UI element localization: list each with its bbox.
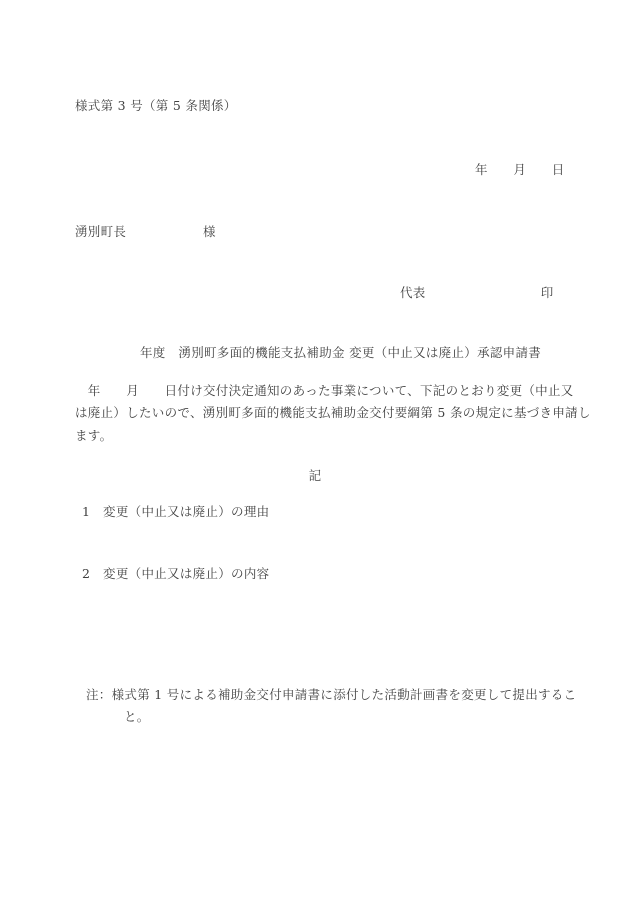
recipient-line: 湧別町長 様 — [75, 224, 216, 240]
record-marker: 記 — [0, 468, 630, 484]
document-title: 年度 湧別町多面的機能支払補助金 変更（中止又は廃止）承認申請書 — [140, 345, 541, 361]
representative-line: 代表 印 — [400, 285, 554, 301]
body-paragraph-line-3: ます。 — [75, 428, 112, 444]
document-page: 様式第 3 号（第 5 条関係） 年 月 日 湧別町長 様 代表 印 年度 湧別… — [0, 0, 630, 915]
date-line: 年 月 日 — [475, 162, 565, 178]
body-paragraph-line-2: は廃止）したいので、湧別町多面的機能支払補助金交付要綱第 5 条の規定に基づき申… — [75, 405, 591, 421]
form-number: 様式第 3 号（第 5 条関係） — [75, 98, 237, 114]
note-line-1: 注：様式第 1 号による補助金交付申請書に添付した活動計画書を変更して提出するこ — [86, 687, 576, 703]
item-2-heading: 2 変更（中止又は廃止）の内容 — [82, 566, 269, 582]
body-paragraph-line-1: 年 月 日付け交付決定通知のあった事業について、下記のとおり変更（中止又 — [75, 383, 574, 399]
note-line-2: と。 — [124, 709, 150, 725]
item-1-heading: 1 変更（中止又は廃止）の理由 — [82, 504, 269, 520]
